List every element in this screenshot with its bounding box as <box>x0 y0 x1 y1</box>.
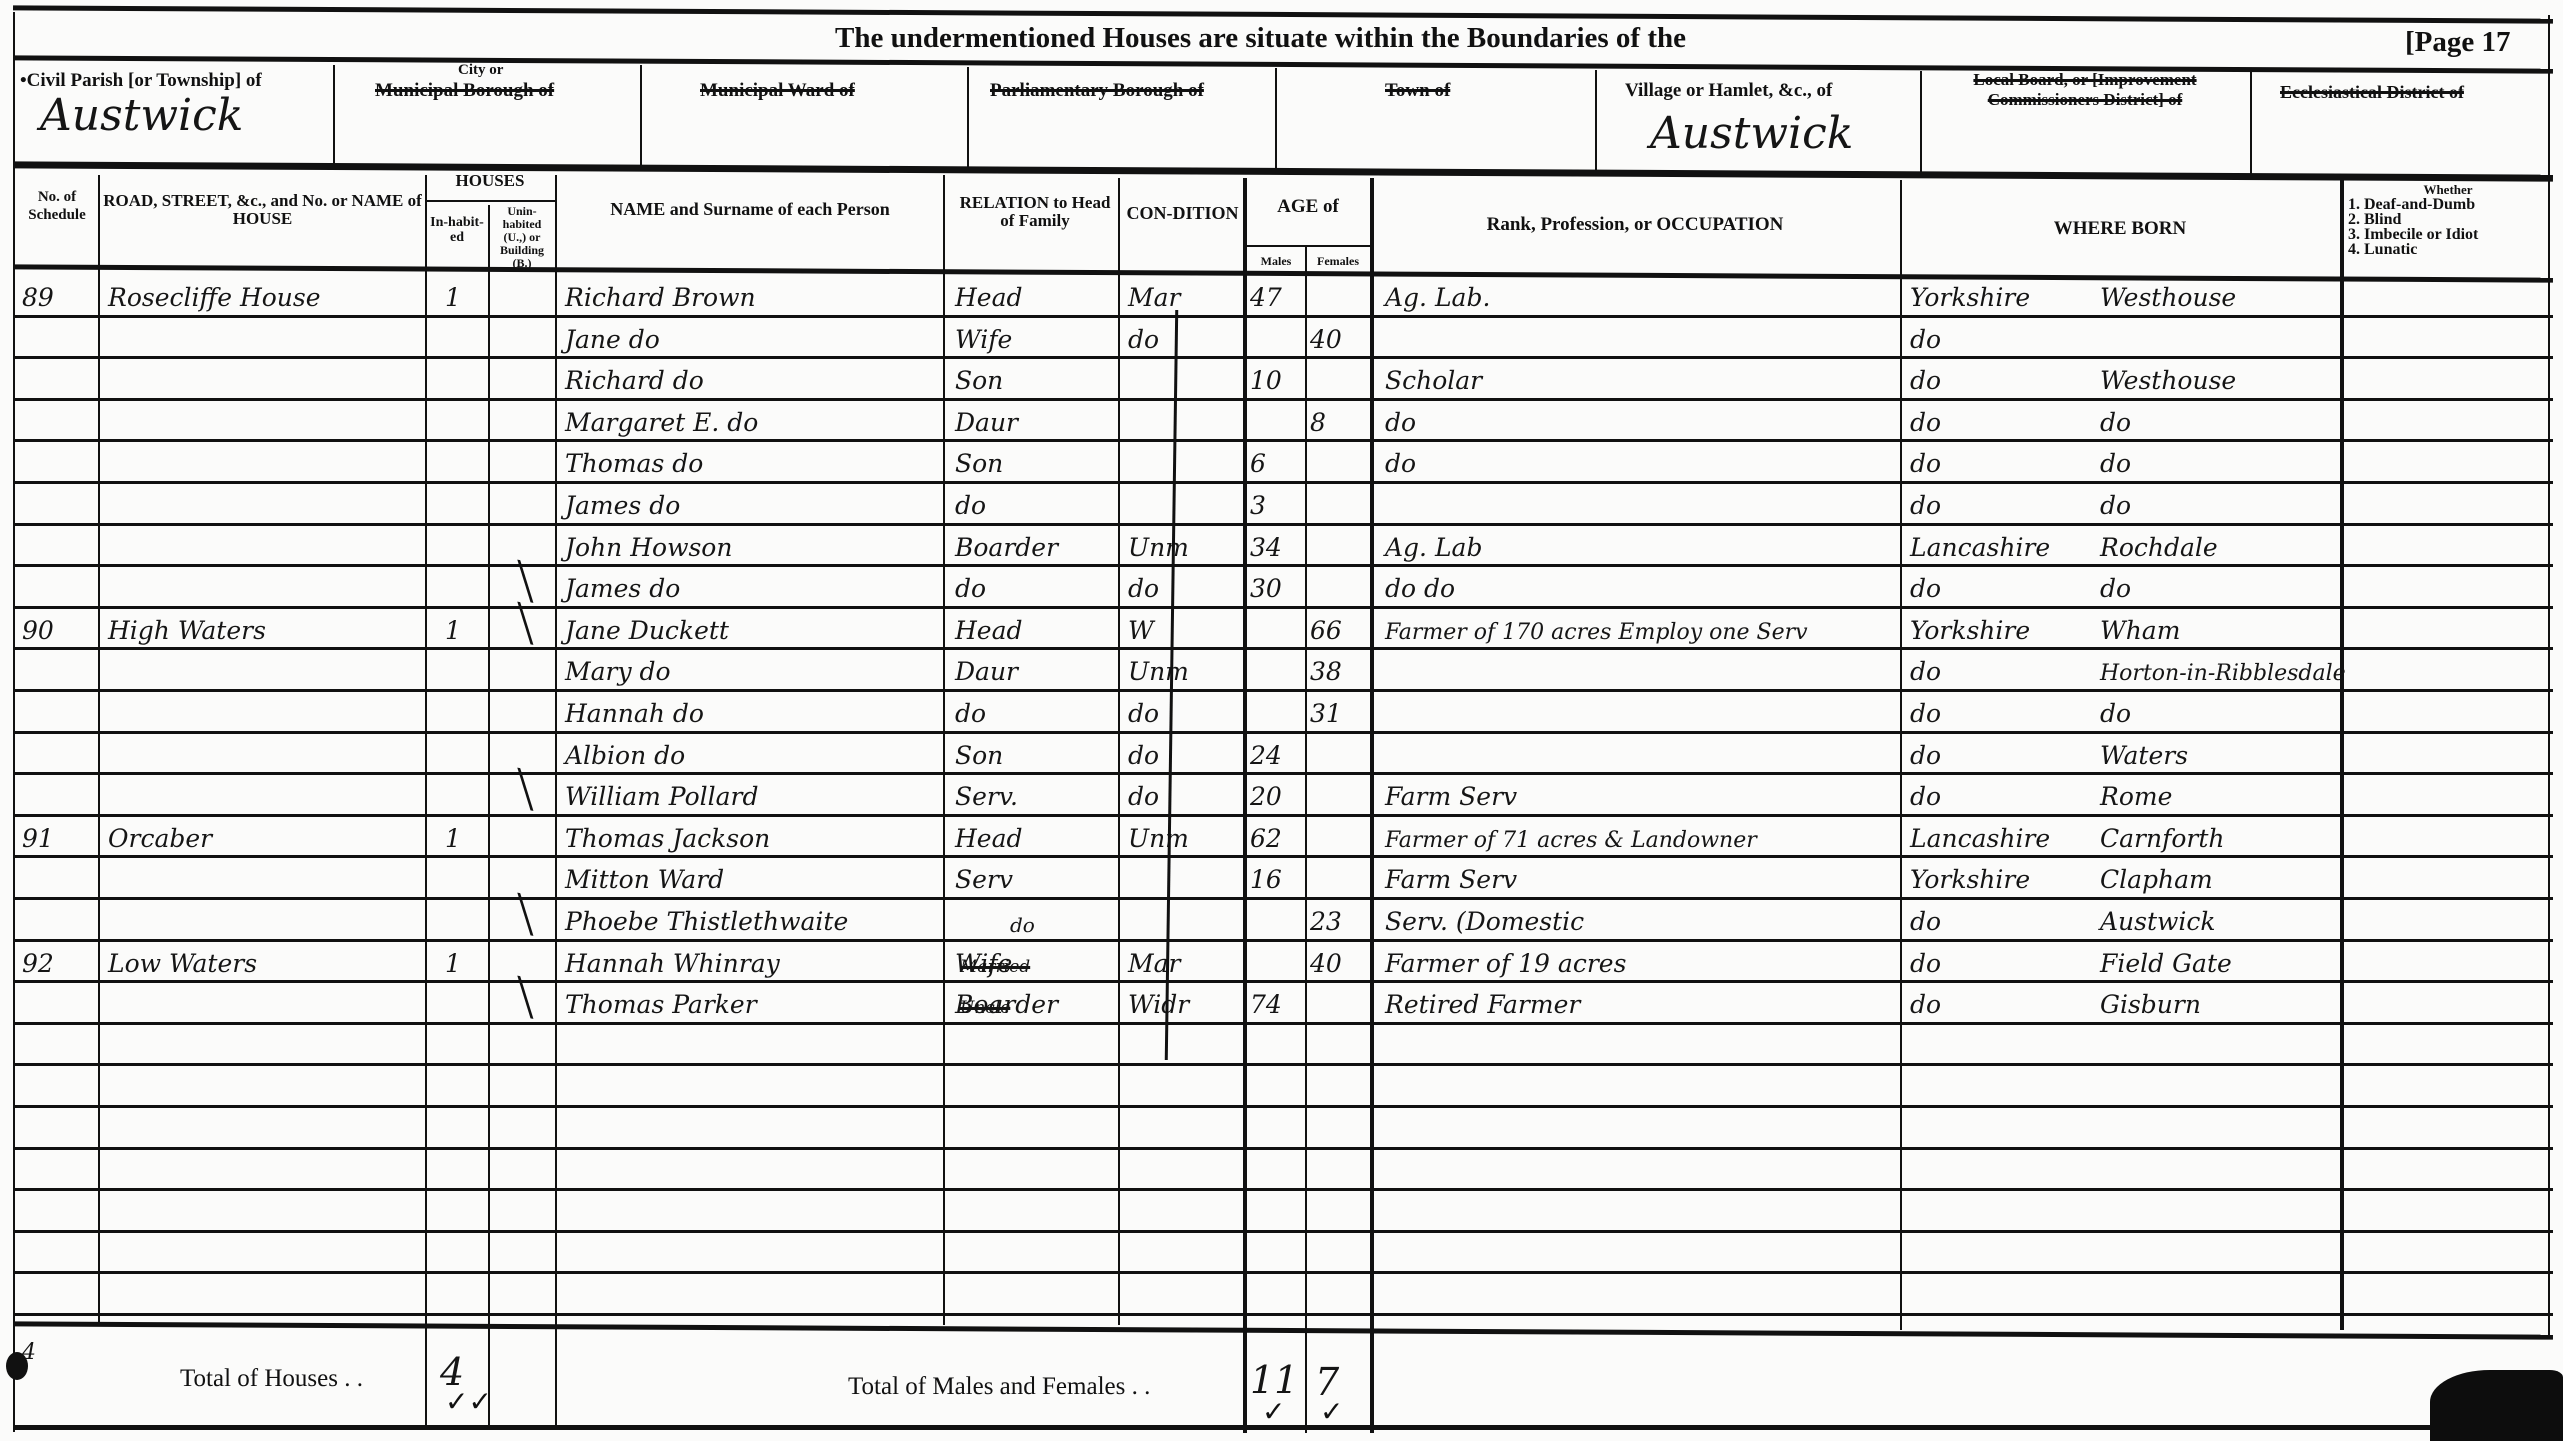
cell-female-age: 8 <box>1310 400 1368 441</box>
cell-road <box>108 483 423 524</box>
cell-born-place: Carnforth <box>2100 816 2335 857</box>
cell-inhabited <box>445 400 485 441</box>
check-mark-icon: ✓ <box>1262 1395 1285 1428</box>
cell-name: Thomas Jackson <box>565 816 940 857</box>
bottom-rule <box>13 1425 2553 1430</box>
col-header-condition: CON-DITION <box>1125 202 1240 224</box>
check-mark-icon: ✓✓ <box>445 1385 492 1418</box>
cell-condition: Widr <box>1128 982 1240 1023</box>
cell-relation: Son <box>955 441 1115 482</box>
right-border <box>2548 15 2550 1335</box>
col-header-houses: HOUSES <box>425 172 555 190</box>
cell-born-county: do <box>1910 400 2090 441</box>
cell-female-age <box>1310 483 1368 524</box>
cell-road <box>108 774 423 815</box>
cell-occupation <box>1385 649 1895 690</box>
cell-name: Albion do <box>565 733 940 774</box>
ecclesiastical-district-label: Ecclesiastical District of <box>2280 82 2464 103</box>
cell-occupation: Farmer of 19 acres <box>1385 941 1895 982</box>
cell-male-age: 34 <box>1250 525 1304 566</box>
cell-male-age: 47 <box>1250 275 1304 316</box>
cell-relation: Boarder <box>955 525 1115 566</box>
cell-born-place: Westhouse <box>2100 275 2335 316</box>
cell-born-place: Horton-in-Ribblesdale <box>2100 649 2335 690</box>
cell-inhabited <box>445 441 485 482</box>
cell-occupation <box>1385 483 1895 524</box>
cell-male-age <box>1250 608 1304 649</box>
cell-name: Richard do <box>565 358 940 399</box>
whether-option-2: 2. Blind <box>2348 212 2548 227</box>
cell-condition <box>1128 857 1240 898</box>
cell-name: Phoebe Thistlethwaite <box>565 899 940 940</box>
cell-condition <box>1128 400 1240 441</box>
cell-inhabited <box>445 733 485 774</box>
cell-name: Thomas do <box>565 441 940 482</box>
page-number: [Page 17 <box>2405 26 2511 59</box>
cell-male-age <box>1250 317 1304 358</box>
cell-occupation: Farmer of 71 acres & Landowner <box>1385 816 1895 857</box>
boundary-rule <box>13 161 2553 181</box>
cell-male-age <box>1250 400 1304 441</box>
cell-born-county: do <box>1910 317 2090 358</box>
cell-female-age <box>1310 774 1368 815</box>
whether-option-3: 3. Imbecile or Idiot <box>2348 227 2548 242</box>
cell-condition: do <box>1128 317 1240 358</box>
municipal-ward-label: Municipal Ward of <box>700 80 855 102</box>
col-divider <box>425 175 427 1430</box>
cell-condition <box>1128 899 1240 940</box>
cell-name: Jane Duckett <box>565 608 940 649</box>
cell-condition: Unm <box>1128 649 1240 690</box>
row-rule <box>13 1271 2553 1274</box>
cell-inhabited <box>445 566 485 607</box>
cell-male-age: 74 <box>1250 982 1304 1023</box>
cell-born-county: Lancashire <box>1910 525 2090 566</box>
row-rule <box>13 1105 2553 1108</box>
cell-born-place: Rochdale <box>2100 525 2335 566</box>
cell-occupation <box>1385 733 1895 774</box>
cell-born-county: Lancashire <box>1910 816 2090 857</box>
cell-occupation: Farm Serv <box>1385 857 1895 898</box>
cell-inhabited: 1 <box>445 275 485 316</box>
cell-born-place: Rome <box>2100 774 2335 815</box>
cell-occupation: Farm Serv <box>1385 774 1895 815</box>
boundary-divider <box>1595 70 1597 174</box>
cell-born-place: Field Gate <box>2100 941 2335 982</box>
cell-condition: Mar <box>1128 275 1240 316</box>
cell-condition: Unm <box>1128 525 1240 566</box>
cell-male-age: 16 <box>1250 857 1304 898</box>
cell-schedule <box>22 649 96 690</box>
cell-born-place: do <box>2100 483 2335 524</box>
cell-female-age <box>1310 733 1368 774</box>
cell-schedule <box>22 317 96 358</box>
cell-female-age <box>1310 358 1368 399</box>
cell-female-age <box>1310 982 1368 1023</box>
col-divider <box>1305 245 1307 1433</box>
cell-name: Hannah do <box>565 691 940 732</box>
cell-relation: do <box>955 691 1115 732</box>
cell-name: James do <box>565 483 940 524</box>
cell-born-county: Yorkshire <box>1910 275 2090 316</box>
cell-road <box>108 691 423 732</box>
cell-relation: Head <box>955 816 1115 857</box>
relation-struck-text: Uncle <box>960 998 1010 1018</box>
col-header-males: Males <box>1248 252 1304 270</box>
cell-relation: do <box>955 483 1115 524</box>
cell-schedule <box>22 691 96 732</box>
cell-occupation: Ag. Lab. <box>1385 275 1895 316</box>
cell-born-place: Clapham <box>2100 857 2335 898</box>
cell-road <box>108 400 423 441</box>
cell-born-county: do <box>1910 774 2090 815</box>
col-header-uninhabited: Unin-habited (U.,) or Building (B.) <box>490 205 554 270</box>
cell-born-county: Yorkshire <box>1910 608 2090 649</box>
whether-option-4: 4. Lunatic <box>2348 242 2548 257</box>
cell-road <box>108 982 423 1023</box>
col-divider <box>98 175 100 1325</box>
cell-female-age: 40 <box>1310 317 1368 358</box>
col-header-occupation: Rank, Profession, or OCCUPATION <box>1380 216 1890 234</box>
cell-male-age <box>1250 941 1304 982</box>
cell-condition: do <box>1128 566 1240 607</box>
row-rule <box>13 1147 2553 1150</box>
relation-above-text: do <box>1010 913 1035 937</box>
cell-relation: do <box>955 566 1115 607</box>
cell-road <box>108 733 423 774</box>
cell-name: Margaret E. do <box>565 400 940 441</box>
cell-occupation <box>1385 317 1895 358</box>
cell-born-county: do <box>1910 733 2090 774</box>
age-rule <box>1246 245 1371 247</box>
cell-road: Orcaber <box>108 816 423 857</box>
cell-road <box>108 317 423 358</box>
cell-schedule <box>22 982 96 1023</box>
cell-inhabited <box>445 691 485 732</box>
cell-born-place <box>2100 317 2335 358</box>
local-board-label: Local Board, or [Improvement Commissione… <box>1930 70 2240 110</box>
cell-condition: do <box>1128 774 1240 815</box>
cell-name: Mitton Ward <box>565 857 940 898</box>
cell-inhabited: 1 <box>445 608 485 649</box>
town-label: Town of <box>1385 80 1450 102</box>
col-header-relation: RELATION to Head of Family <box>955 194 1115 230</box>
col-header-schedule: No. of Schedule <box>16 188 98 224</box>
cell-name: John Howson <box>565 525 940 566</box>
cell-occupation: Farmer of 170 acres Employ one Serv <box>1385 608 1895 649</box>
village-value: Austwick <box>1650 108 1853 159</box>
cell-female-age <box>1310 816 1368 857</box>
cell-inhabited <box>445 899 485 940</box>
cell-name: William Pollard <box>565 774 940 815</box>
totals-rule <box>13 1321 2553 1339</box>
cell-born-place: Waters <box>2100 733 2335 774</box>
cell-male-age <box>1250 649 1304 690</box>
cell-inhabited: 1 <box>445 941 485 982</box>
cell-male-age: 62 <box>1250 816 1304 857</box>
cell-male-age: 6 <box>1250 441 1304 482</box>
cell-relation: Daur <box>955 649 1115 690</box>
cell-condition: Unm <box>1128 816 1240 857</box>
cell-inhabited <box>445 649 485 690</box>
census-page: The undermentioned Houses are situate wi… <box>0 0 2563 1441</box>
cell-inhabited <box>445 857 485 898</box>
cell-male-age: 10 <box>1250 358 1304 399</box>
cell-name: Jane do <box>565 317 940 358</box>
cell-born-county: do <box>1910 982 2090 1023</box>
cell-condition: do <box>1128 691 1240 732</box>
cell-schedule <box>22 733 96 774</box>
cell-road: Low Waters <box>108 941 423 982</box>
cell-condition: Mar <box>1128 941 1240 982</box>
col-divider <box>1243 178 1247 1433</box>
cell-schedule <box>22 566 96 607</box>
col-header-name: NAME and Surname of each Person <box>585 198 915 220</box>
cell-female-age <box>1310 857 1368 898</box>
cell-name: Richard Brown <box>565 275 940 316</box>
row-rule <box>13 1063 2553 1066</box>
cell-inhabited <box>445 483 485 524</box>
cell-born-county: do <box>1910 483 2090 524</box>
col-divider <box>1370 178 1374 1433</box>
cell-female-age <box>1310 275 1368 316</box>
cell-female-age <box>1310 441 1368 482</box>
cell-schedule: 91 <box>22 816 96 857</box>
cell-inhabited <box>445 774 485 815</box>
check-mark-icon: ✓ <box>1320 1395 1343 1428</box>
cell-female-age: 31 <box>1310 691 1368 732</box>
cell-occupation: Scholar <box>1385 358 1895 399</box>
cell-occupation <box>1385 691 1895 732</box>
cell-name: James do <box>565 566 940 607</box>
whether-title: Whether <box>2348 182 2548 197</box>
col-header-age: AGE of <box>1248 196 1368 218</box>
col-divider <box>1118 178 1120 1325</box>
col-divider <box>1900 180 1902 1330</box>
cell-schedule <box>22 483 96 524</box>
row-rule <box>13 1313 2553 1316</box>
total-persons-label: Total of Males and Females . . <box>848 1373 1150 1401</box>
boundary-divider <box>1275 68 1277 173</box>
col-divider <box>2340 180 2344 1330</box>
boundary-divider <box>640 65 642 169</box>
cell-road <box>108 566 423 607</box>
cell-inhabited <box>445 317 485 358</box>
page-title: The undermentioned Houses are situate wi… <box>835 22 1686 55</box>
cell-relation: Wife <box>955 317 1115 358</box>
cell-male-age: 3 <box>1250 483 1304 524</box>
cell-relation: Son <box>955 733 1115 774</box>
cell-born-place: do <box>2100 400 2335 441</box>
cell-condition <box>1128 483 1240 524</box>
cell-female-age: 40 <box>1310 941 1368 982</box>
cell-condition: W <box>1128 608 1240 649</box>
cell-road: High Waters <box>108 608 423 649</box>
cell-road <box>108 899 423 940</box>
cell-born-place: Gisburn <box>2100 982 2335 1023</box>
cell-schedule <box>22 525 96 566</box>
relation-struck-text: Married <box>960 957 1030 977</box>
whether-option-1: 1. Deaf-and-Dumb <box>2348 197 2548 212</box>
col-divider <box>943 175 945 1325</box>
col-divider <box>555 175 557 1430</box>
cell-road <box>108 441 423 482</box>
cell-schedule: 92 <box>22 941 96 982</box>
cell-road <box>108 525 423 566</box>
boundary-divider <box>333 65 335 167</box>
civil-parish-label: •Civil Parish [or Township] of <box>20 70 262 92</box>
cell-relation <box>955 899 1115 940</box>
boundary-divider <box>967 67 969 171</box>
cell-inhabited <box>445 358 485 399</box>
cell-born-county: do <box>1910 441 2090 482</box>
municipal-borough-label: Municipal Borough of <box>375 80 554 102</box>
cell-name: Mary do <box>565 649 940 690</box>
col-header-road: ROAD, STREET, &c., and No. or NAME of HO… <box>100 192 425 228</box>
cell-born-county: Yorkshire <box>1910 857 2090 898</box>
cell-inhabited <box>445 982 485 1023</box>
parliamentary-borough-label: Parliamentary Borough of <box>990 80 1204 102</box>
cell-occupation: Retired Farmer <box>1385 982 1895 1023</box>
cell-schedule <box>22 774 96 815</box>
cell-road <box>108 857 423 898</box>
cell-male-age: 24 <box>1250 733 1304 774</box>
cell-schedule: 90 <box>22 608 96 649</box>
cell-born-county: do <box>1910 941 2090 982</box>
cell-schedule: 89 <box>22 275 96 316</box>
cell-road <box>108 649 423 690</box>
cell-condition: do <box>1128 733 1240 774</box>
cell-occupation: Serv. (Domestic <box>1385 899 1895 940</box>
cell-schedule <box>22 857 96 898</box>
civil-parish-value: Austwick <box>40 90 243 141</box>
cell-born-place: Austwick <box>2100 899 2335 940</box>
cell-schedule <box>22 358 96 399</box>
cell-relation: Head <box>955 275 1115 316</box>
col-header-inhabited: In-habit-ed <box>428 215 486 245</box>
cell-road: Rosecliffe House <box>108 275 423 316</box>
cell-condition <box>1128 358 1240 399</box>
col-header-females: Females <box>1307 252 1369 270</box>
scan-artifact <box>2430 1370 2563 1441</box>
cell-born-county: do <box>1910 691 2090 732</box>
cell-relation: Daur <box>955 400 1115 441</box>
city-or-label: City or <box>458 62 503 79</box>
boundary-divider <box>2250 72 2252 176</box>
cell-occupation: do <box>1385 400 1895 441</box>
cell-relation: Son <box>955 358 1115 399</box>
cell-born-county: do <box>1910 358 2090 399</box>
row-rule <box>13 1230 2553 1233</box>
cell-born-place: do <box>2100 566 2335 607</box>
col-header-where-born: WHERE BORN <box>1905 220 2335 238</box>
total-houses-label: Total of Houses . . <box>180 1365 363 1393</box>
cell-schedule <box>22 400 96 441</box>
cell-born-county: do <box>1910 566 2090 607</box>
cell-female-age: 23 <box>1310 899 1368 940</box>
cell-inhabited: 1 <box>445 816 485 857</box>
cell-born-place: Wham <box>2100 608 2335 649</box>
cell-relation: Serv. <box>955 774 1115 815</box>
cell-female-age: 38 <box>1310 649 1368 690</box>
cell-schedule <box>22 899 96 940</box>
cell-road <box>108 358 423 399</box>
cell-relation: Serv <box>955 857 1115 898</box>
cell-name: Hannah Whinray <box>565 941 940 982</box>
cell-born-place: do <box>2100 691 2335 732</box>
cell-female-age: 66 <box>1310 608 1368 649</box>
cell-schedule <box>22 441 96 482</box>
cell-relation: Head <box>955 608 1115 649</box>
cell-female-age <box>1310 525 1368 566</box>
col-header-whether: Whether 1. Deaf-and-Dumb 2. Blind 3. Imb… <box>2348 182 2548 257</box>
cell-born-county: do <box>1910 649 2090 690</box>
top-rule <box>13 5 2553 23</box>
cell-born-county: do <box>1910 899 2090 940</box>
cell-occupation: Ag. Lab <box>1385 525 1895 566</box>
cell-born-place: Westhouse <box>2100 358 2335 399</box>
margin-mark: 4 <box>22 1340 36 1365</box>
cell-male-age: 20 <box>1250 774 1304 815</box>
cell-male-age <box>1250 899 1304 940</box>
cell-male-age: 30 <box>1250 566 1304 607</box>
boundary-divider <box>1920 71 1922 175</box>
cell-born-place: do <box>2100 441 2335 482</box>
left-border <box>13 12 15 1432</box>
village-label: Village or Hamlet, &c., of <box>1625 80 1832 102</box>
cell-occupation: do <box>1385 441 1895 482</box>
cell-inhabited <box>445 525 485 566</box>
cell-name: Thomas Parker <box>565 982 940 1023</box>
houses-rule <box>425 200 555 202</box>
cell-female-age <box>1310 566 1368 607</box>
cell-occupation: do do <box>1385 566 1895 607</box>
cell-condition <box>1128 441 1240 482</box>
col-divider <box>488 205 490 1430</box>
cell-male-age <box>1250 691 1304 732</box>
row-rule <box>13 1188 2553 1191</box>
